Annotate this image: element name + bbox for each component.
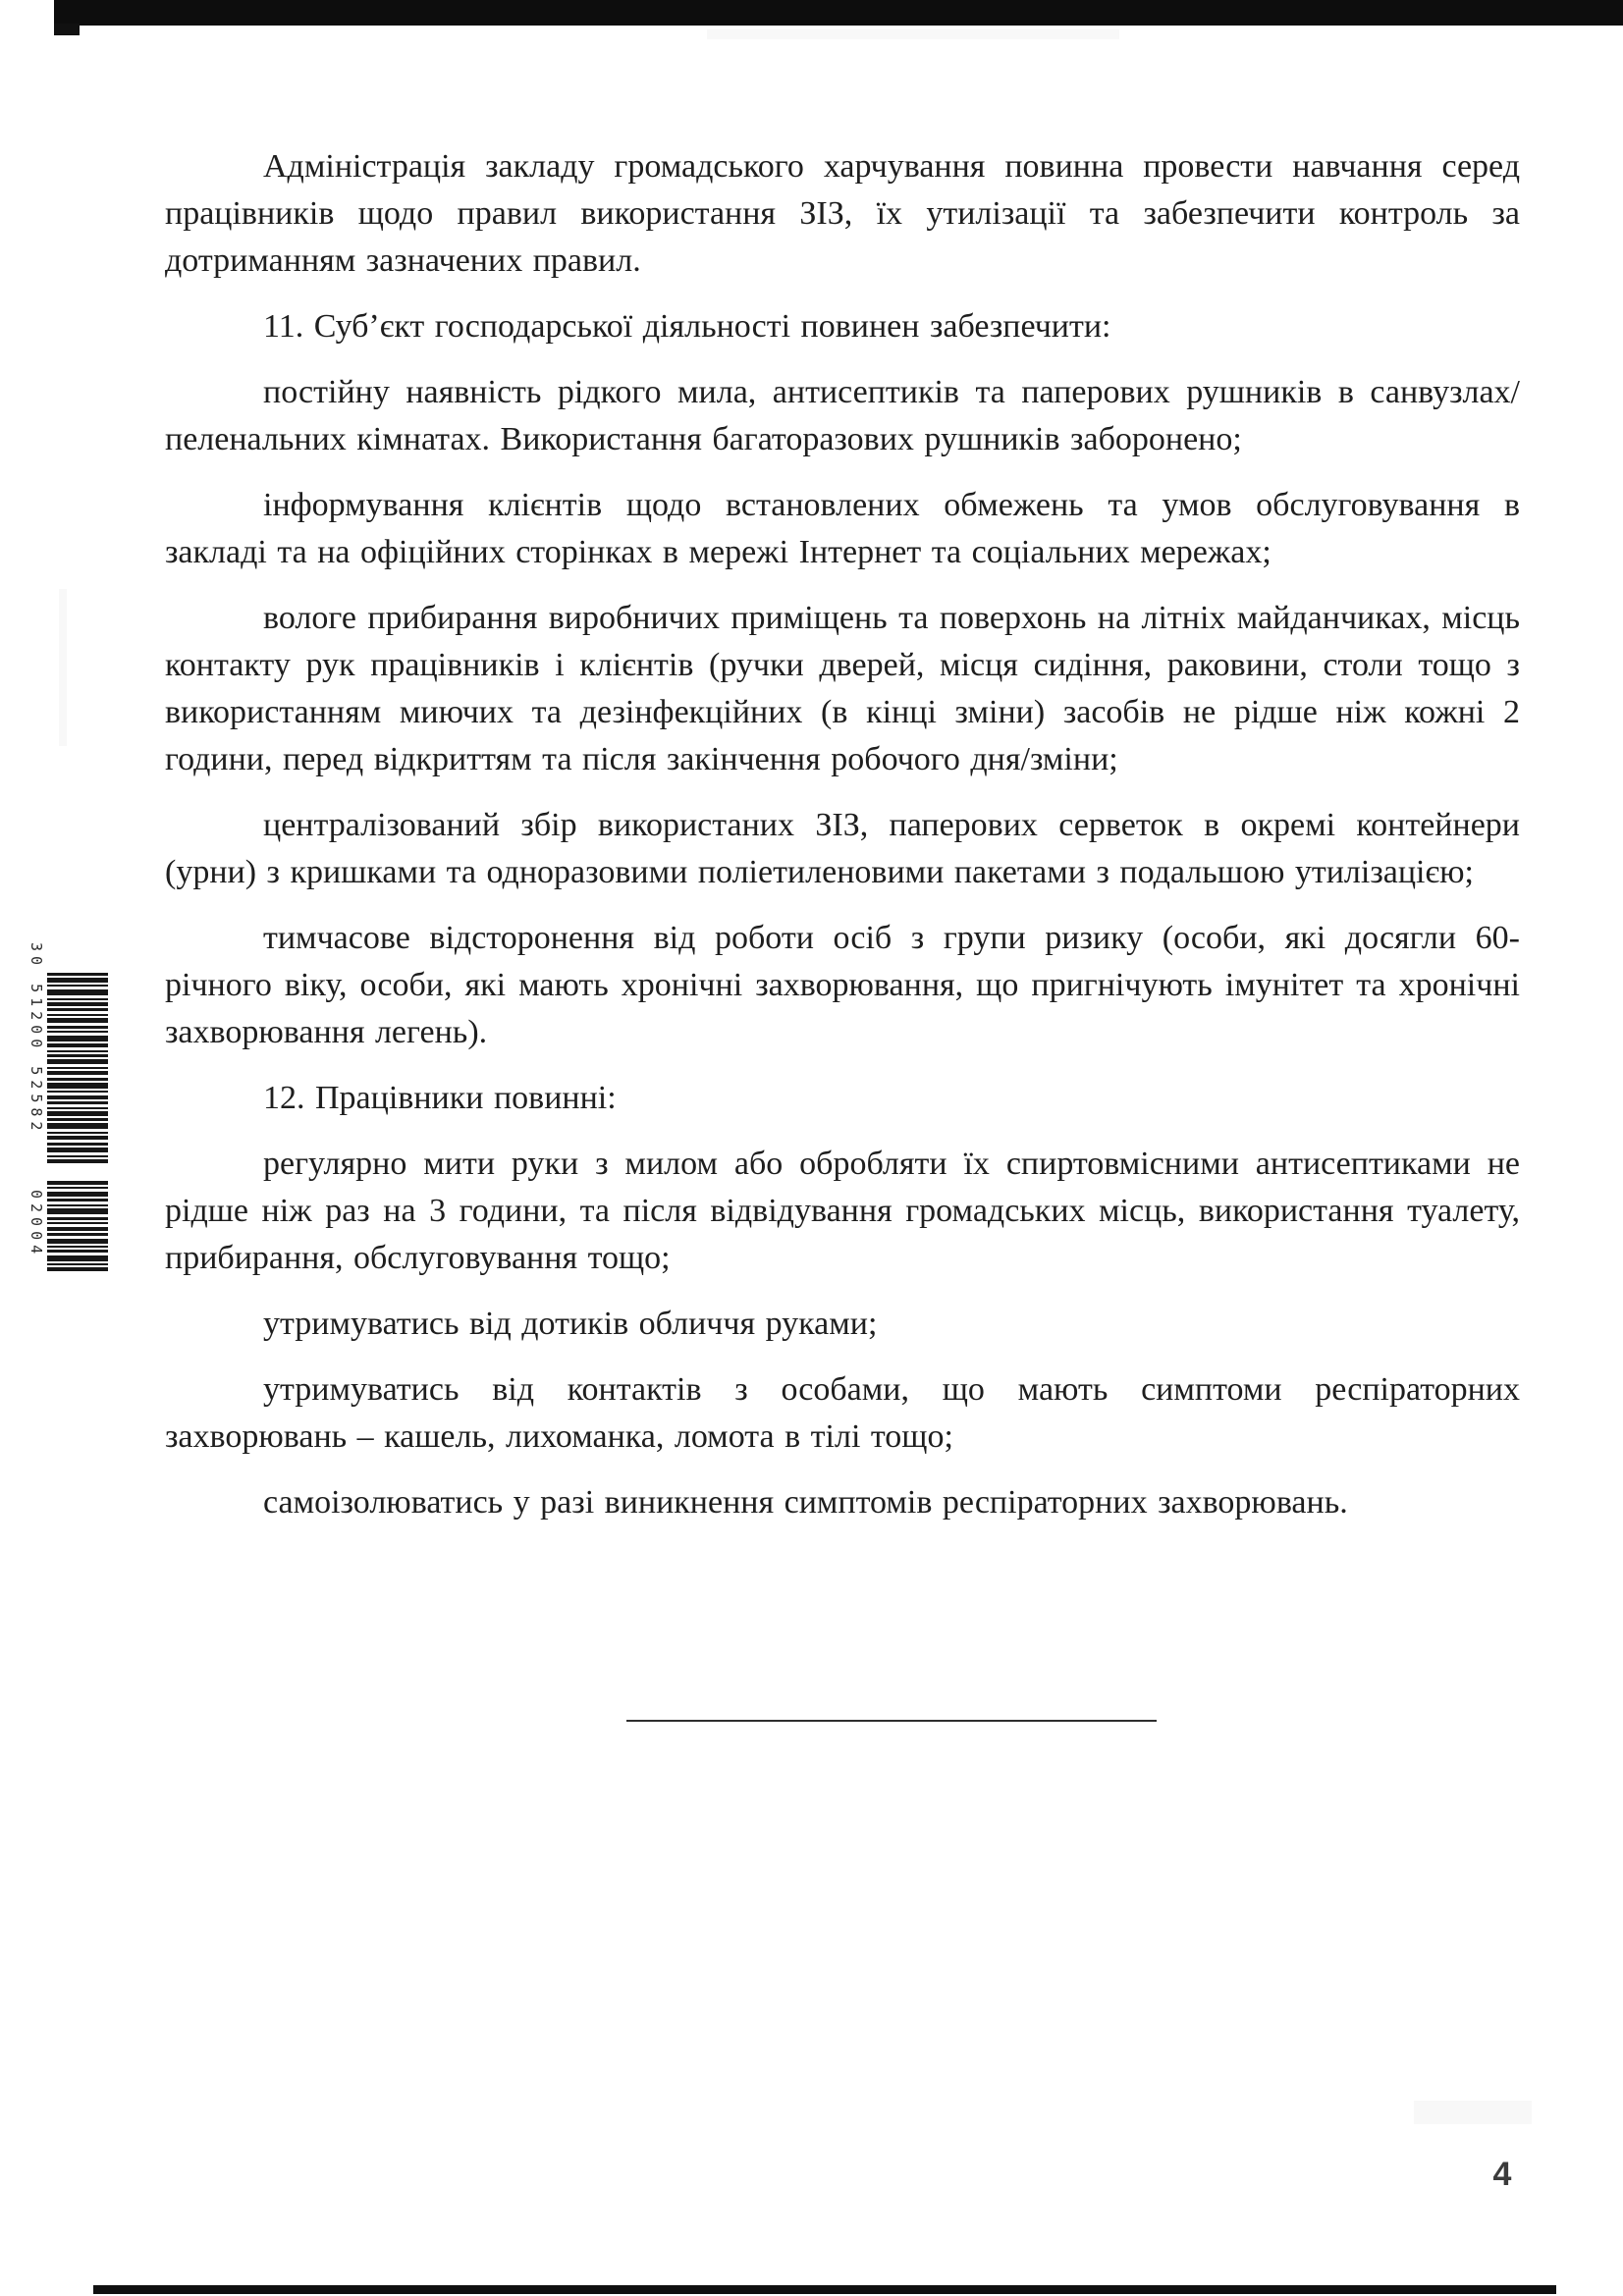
barcode-digits-upper: 30 51200 52582 — [27, 942, 45, 1135]
barcode-bar — [47, 1031, 108, 1033]
barcode-bar — [47, 1155, 108, 1157]
barcode-bar — [47, 1208, 108, 1214]
barcode-bar — [47, 1002, 108, 1006]
item-11-heading: 11. Суб’єкт господарської діяльності пов… — [165, 303, 1520, 350]
barcode-bar — [47, 1043, 108, 1047]
barcode-bar — [47, 1263, 108, 1265]
scanned-document-page: 30 51200 52582 02004 Адміністрація закла… — [0, 0, 1623, 2296]
barcode-bar — [47, 1059, 108, 1064]
barcode-bar — [47, 1095, 108, 1099]
barcode-bar — [47, 1199, 108, 1201]
barcode-bar — [47, 1083, 108, 1089]
barcode-bar — [47, 1026, 108, 1029]
barcode-bar — [47, 1071, 108, 1075]
barcode-bar — [47, 1233, 108, 1236]
barcode-bar — [47, 1050, 108, 1052]
barcode-bar — [47, 1054, 108, 1057]
barcode-bars-upper — [47, 973, 108, 1165]
barcode-bar — [47, 1078, 108, 1081]
barcode-bar — [47, 1187, 108, 1189]
item-12-avoid-contacts: утримуватись від контактів з особами, що… — [165, 1366, 1520, 1461]
signature-line — [626, 1720, 1157, 1722]
barcode-bar — [47, 1250, 108, 1253]
barcode-bar — [47, 1159, 108, 1163]
barcode-bar — [47, 1246, 108, 1248]
barcode-bar — [47, 978, 108, 983]
barcode-bar — [47, 1204, 108, 1206]
item-11-risk-group-suspension: тимчасове відсторонення від роботи осіб … — [165, 915, 1520, 1056]
barcode-bar — [47, 1091, 108, 1093]
barcode-bar — [47, 1217, 108, 1220]
barcode-bars-lower — [47, 1181, 108, 1273]
barcode-bar — [47, 1107, 108, 1109]
barcode-bar — [47, 1118, 108, 1121]
barcode-bar — [47, 1132, 108, 1134]
barcode-bar — [47, 1123, 108, 1129]
barcode-bar — [47, 1181, 108, 1185]
item-11-client-informing: інформування клієнтів щодо встановлених … — [165, 482, 1520, 576]
item-11-wet-cleaning: вологе прибирання виробничих приміщень т… — [165, 595, 1520, 783]
barcode-bar — [47, 1267, 108, 1271]
barcode-bar — [47, 1255, 108, 1261]
barcode-digits-lower: 02004 — [27, 1190, 45, 1258]
barcode-bar — [47, 1222, 108, 1224]
barcode-bar — [47, 1136, 108, 1140]
item-11-soap-availability: постійну наявність рідкого мила, антисеп… — [165, 369, 1520, 463]
item-12-hand-washing: регулярно мити руки з милом або оброблят… — [165, 1141, 1520, 1282]
barcode-bar — [47, 1018, 108, 1023]
barcode-bar — [47, 1067, 108, 1069]
barcode-bar — [47, 1192, 108, 1197]
barcode-bar — [47, 1227, 108, 1231]
barcode-bar — [47, 1036, 108, 1041]
item-12-heading: 12. Працівники повинні: — [165, 1075, 1520, 1122]
scan-artifact-top-bar — [54, 0, 1623, 26]
barcode-bar — [47, 1111, 108, 1116]
barcode-bar — [47, 1143, 108, 1146]
scan-noise — [1414, 2101, 1532, 2124]
item-11-ppe-collection: централізований збір використаних ЗІЗ, п… — [165, 802, 1520, 896]
item-12-avoid-face-touching: утримуватись від дотиків обличчя руками; — [165, 1301, 1520, 1348]
barcode-bar — [47, 985, 108, 987]
barcode-bar — [47, 973, 108, 976]
scan-artifact-bottom-bar — [93, 2285, 1556, 2294]
barcode-bar — [47, 1239, 108, 1244]
item-12-self-isolation: самоізолюватись у разі виникнення симпто… — [165, 1479, 1520, 1526]
barcode-bar — [47, 998, 108, 1000]
scan-noise — [59, 589, 67, 746]
barcode-bar — [47, 1014, 108, 1016]
scan-artifact-top-bar-edge — [54, 24, 80, 35]
page-number: 4 — [1473, 2156, 1532, 2194]
document-body: Адміністрація закладу громадського харчу… — [165, 143, 1520, 1545]
barcode-bar — [47, 1101, 108, 1104]
barcode-bar — [47, 1008, 108, 1011]
paragraph-admin-training: Адміністрація закладу громадського харчу… — [165, 143, 1520, 285]
scan-noise — [707, 29, 1119, 39]
barcode-bar — [47, 989, 108, 995]
barcode-bar — [47, 1148, 108, 1152]
